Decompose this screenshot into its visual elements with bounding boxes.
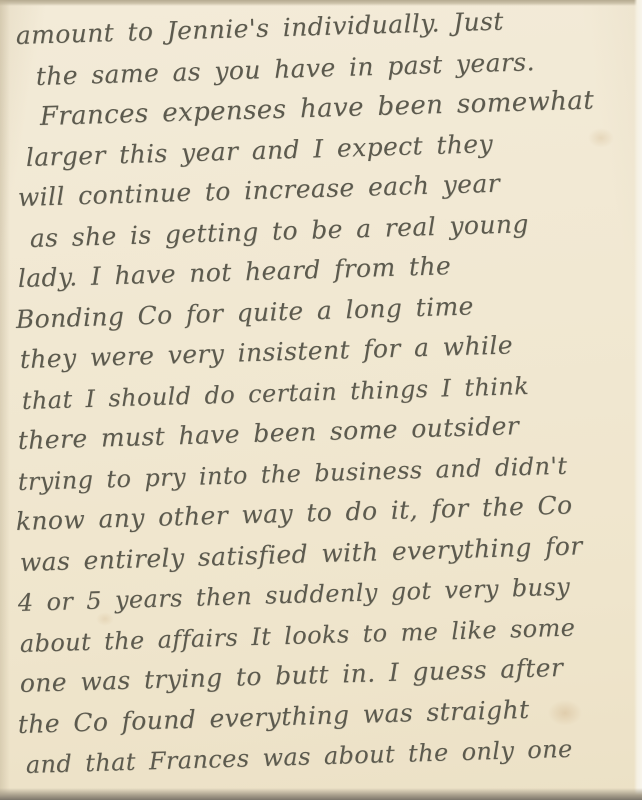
letter-scan: amount to Jennie's individually. Just th…: [0, 0, 642, 800]
letter-body: amount to Jennie's individually. Just th…: [6, 16, 642, 786]
paper-bottom-edge: [0, 788, 642, 800]
